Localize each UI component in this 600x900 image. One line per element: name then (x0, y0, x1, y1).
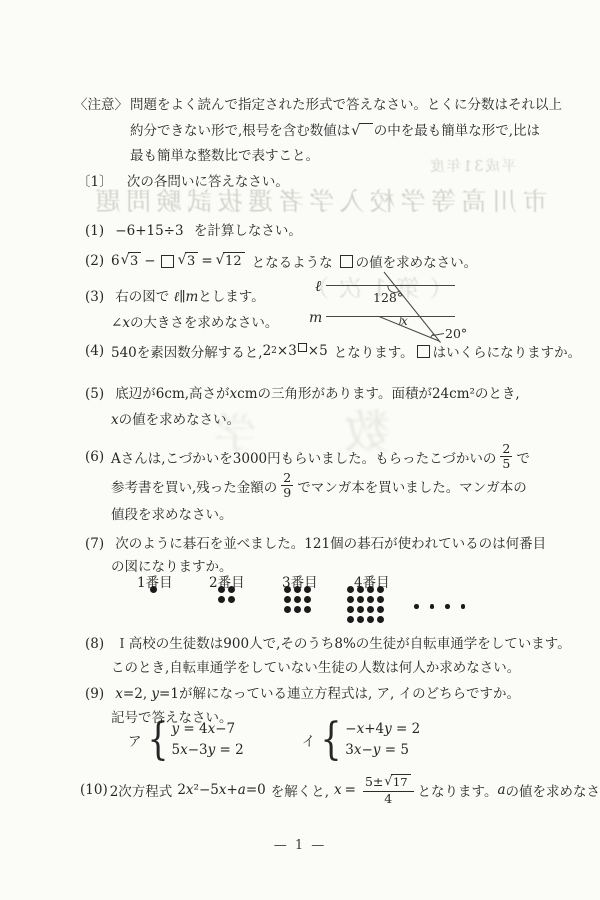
section-number: 〔1〕 (77, 174, 113, 190)
go-stone-dot (377, 616, 384, 623)
angle-20-label: 20° (445, 326, 467, 341)
go-stone-dot (347, 586, 354, 593)
quadratic-equation: 2x²−5x+a=0 (177, 782, 265, 798)
ellipsis-dot (461, 604, 466, 609)
question-7-number: (7) (85, 533, 109, 556)
variable-x-2: x (111, 412, 119, 428)
go-stone-dot (367, 606, 374, 613)
question-9-number: (9) (85, 683, 109, 707)
notice-line-1: 問題をよく読んで指定された形式で答えなさい。とくに分数はそれ以上 (130, 93, 562, 119)
section-1-heading: 〔1〕 次の各問いに答えなさい。 (77, 170, 289, 190)
prime-base-2: 2 (263, 343, 272, 359)
question-3: (3) 右の図で ℓ∥mとします。 ∠xの大きさを求めなさい。 (85, 285, 278, 336)
times-3: ×3 (277, 343, 297, 359)
go-stone-dot (377, 596, 384, 603)
radical-12: √12 (216, 252, 245, 270)
go-stone-dot (304, 606, 311, 613)
transversal-line (384, 272, 441, 343)
go-stone-dot (347, 606, 354, 613)
question-4-text-b: となります。 (334, 341, 414, 361)
question-6-text-c: 参考書を買い,残った金額の (111, 476, 277, 496)
question-2-number: (2) (85, 253, 109, 269)
notice-line-2: 約分できない形で,根号を含む数値は √ の中を最も簡単な形で,比は (130, 119, 562, 145)
question-9-solution: x=2, y=1 (115, 686, 179, 702)
go-stone-dot (357, 596, 364, 603)
question-7-line-1: 次のように碁石を並べました。121個の碁石が使われているのは何番目 (115, 536, 546, 552)
go-stone-dot (357, 586, 364, 593)
go-stone-grid-1 (150, 586, 157, 593)
question-4-text-c: はいくらになりますか。 (433, 341, 582, 361)
ellipsis-dot (430, 604, 435, 609)
page-number: — 1 — (0, 838, 600, 853)
question-5-text-a: 底辺が6cm,高さが (115, 386, 229, 402)
answer-box-3 (417, 345, 430, 358)
question-1: (1) −6+15÷3 を計算しなさい。 (85, 219, 302, 239)
go-stone-dot (347, 596, 354, 603)
question-5-number: (5) (85, 382, 109, 408)
question-6-text-a: Aさんは,こづかいを3000円もらいました。もらったこづかいの (111, 447, 496, 467)
go-stone-dot (284, 596, 291, 603)
question-3-number: (3) (85, 285, 109, 311)
question-10-text-d: の値を求めなさい。 (506, 780, 600, 800)
question-9-text: が解になっている連立方程式は, ア, イのどちらですか。 (179, 686, 520, 702)
system-b: イ { −x+4y = 2 3x−y = 5 (302, 719, 420, 761)
go-stone-dot (347, 616, 354, 623)
question-8-number: (8) (85, 633, 109, 657)
system-b-equation-2: 3x−y = 5 (345, 740, 420, 761)
question-2-coefficient: 6 (111, 253, 120, 269)
question-8: (8) Ｉ高校の生徒数は900人で,そのうち8%の生徒が自転車通学をしています。… (85, 633, 571, 680)
go-stone-grid-4 (347, 586, 384, 623)
go-stone-dot (294, 606, 301, 613)
question-8-line-1: Ｉ高校の生徒数は900人で,そのうち8%の生徒が自転車通学をしています。 (115, 636, 570, 652)
question-6: (6) Aさんは,こづかいを3000円もらいました。もらったこづかいの 25 で… (85, 442, 530, 523)
times-5: ×5 (308, 343, 328, 359)
variable-x-3: x (334, 782, 342, 798)
question-4-text-a: 540を素因数分解すると, (111, 341, 263, 361)
radical-3: √3 (121, 252, 142, 270)
go-stone-dot (367, 616, 374, 623)
system-a: ア { y = 4x−7 5x−3y = 2 (128, 719, 244, 761)
question-6-text-e: 値段を求めなさい。 (85, 503, 530, 523)
question-5: (5) 底辺が6cm,高さがxcmの三角形があります。面積が24cm²のとき, … (85, 382, 520, 433)
go-stone-dot (357, 616, 364, 623)
system-a-equation-1: y = 4x−7 (172, 719, 244, 740)
section-text: 次の各問いに答えなさい。 (127, 174, 289, 190)
equation-systems: ア { y = 4x−7 5x−3y = 2 イ { −x+4y = 2 3x−… (128, 719, 420, 761)
question-10-text-c: となります。 (418, 780, 498, 800)
exam-page: 平成31年度 市川高等学校入学者選抜試験問題 （第1次） 数 学 〈注意〉 問題… (0, 0, 600, 900)
go-stone-dot (377, 586, 384, 593)
variable-a: a (497, 782, 505, 798)
notice-line-3: 最も簡単な整数比で表すこと。 (130, 144, 562, 170)
go-stone-dot (228, 586, 235, 593)
fraction-2-9: 29 (281, 471, 293, 501)
system-b-equation-1: −x+4y = 2 (345, 719, 420, 740)
go-stone-dot (304, 586, 311, 593)
go-stone-dot (284, 606, 291, 613)
question-1-text: を計算しなさい。 (194, 223, 302, 239)
question-5-text-b: cmの三角形があります。面積が24cm²のとき, (237, 386, 520, 402)
go-stone-grid-2 (218, 586, 235, 603)
go-stone-dot (304, 596, 311, 603)
go-stone-dot (294, 586, 301, 593)
go-stone-dot (367, 586, 374, 593)
question-6-text-b: で (516, 447, 530, 467)
go-stone-dot (284, 586, 291, 593)
question-6-text-d: でマンガ本を買いました。マンガ本の (297, 476, 527, 496)
question-10-text-b: を解くと, (271, 780, 329, 800)
question-10: (10) 2次方程式 2x²−5x+a=0 を解くと, x = 5±√17 4 … (80, 773, 600, 807)
equals-sign: = (201, 253, 212, 269)
go-stone-dot (150, 586, 157, 593)
question-8-line-2: このとき,自転車通学をしていない生徒の人数は何人か求めなさい。 (85, 657, 571, 681)
go-stone-dot (367, 596, 374, 603)
question-4: (4) 540を素因数分解すると, 22×3×5 となります。 はいくらになりま… (85, 341, 581, 361)
go-stone-dot (377, 606, 384, 613)
exponent-box (298, 343, 307, 352)
fraction-solution: 5±√17 4 (363, 774, 414, 806)
ellipsis-dot (445, 604, 450, 609)
equals-sign-2: = (345, 782, 356, 798)
blank-radical: √ (351, 123, 372, 139)
angle-128-label: 128° (373, 290, 403, 305)
system-b-brace: { (321, 720, 342, 760)
question-5-text-c: の値を求めなさい。 (119, 412, 241, 428)
angle-x-label: x (401, 314, 408, 328)
go-stone-grid-3 (284, 586, 311, 613)
notice-block: 〈注意〉 問題をよく読んで指定された形式で答えなさい。とくに分数はそれ以上 約分… (74, 93, 562, 170)
go-stone-dot (357, 606, 364, 613)
minus-sign: − (144, 253, 155, 269)
system-b-label: イ (302, 730, 316, 750)
notice-label: 〈注意〉 (74, 93, 128, 170)
line-l-label: ℓ (315, 277, 321, 295)
fraction-2-5: 25 (500, 442, 512, 472)
go-stone-figure: 1番目2番目3番目4番目 (0, 571, 600, 633)
question-1-expression: −6+15÷3 (115, 223, 183, 239)
go-stone-dot (218, 596, 225, 603)
question-1-number: (1) (85, 223, 109, 239)
go-stone-dot (294, 596, 301, 603)
system-a-equation-2: 5x−3y = 2 (172, 740, 244, 761)
radical-3b: √3 (178, 252, 199, 270)
question-4-number: (4) (85, 343, 109, 359)
system-a-brace: { (147, 720, 168, 760)
question-3-line-2: ∠xの大きさを求めなさい。 (85, 311, 278, 337)
system-a-label: ア (128, 730, 142, 750)
question-6-number: (6) (85, 449, 109, 465)
answer-box (161, 255, 174, 268)
go-stone-dot (228, 596, 235, 603)
go-stone-dot (218, 586, 225, 593)
question-3-line-1: 右の図で ℓ∥mとします。 (115, 289, 264, 305)
ellipsis-dots (414, 604, 465, 609)
line-m-label: m (309, 310, 322, 326)
question-10-text-a: 2次方程式 (110, 780, 173, 800)
ellipsis-dot (414, 604, 419, 609)
question-10-number: (10) (80, 782, 108, 798)
